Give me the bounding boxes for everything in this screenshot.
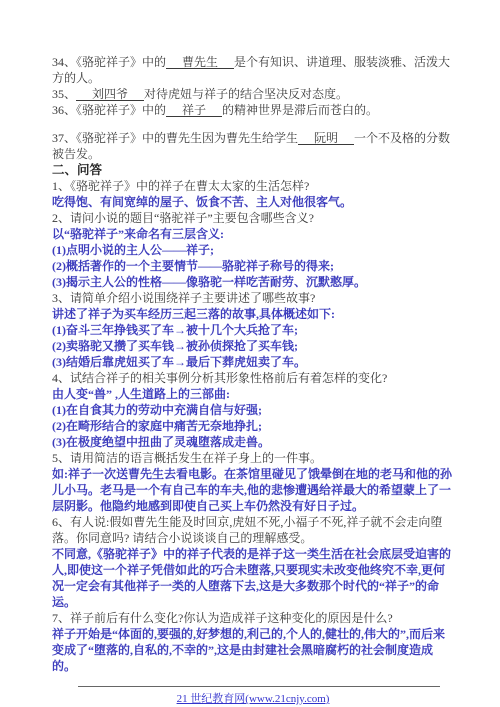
question-2: 2、请问小说的题目“骆驼祥子”主要包含哪些含义? bbox=[52, 210, 454, 226]
qa-item-3: 3、请简单介绍小说围绕祥子主要讲述了哪些故事? 讲述了祥子为买车经历三起三落的故… bbox=[52, 290, 454, 370]
answer-5: 如:祥子一次送曹先生去看电影。在茶馆里碰见了饿晕倒在地的老马和他的孙儿小马。老马… bbox=[52, 466, 454, 514]
answer-7: 祥子开始是“体面的,要强的,好梦想的,利己的,个人的,健壮的,伟大的”,而后来变… bbox=[52, 626, 454, 674]
fill-question-37-prefix: 37、《骆驼祥子》中的曹先生因为曹先生给学生 bbox=[52, 131, 298, 145]
answer-2-line-2: (1)点明小说的主人公——祥子; bbox=[52, 242, 454, 258]
answer-4-line-4: (3)在极度绝望中扭曲了灵魂堕落成走兽。 bbox=[52, 434, 454, 450]
fill-in-section: 34、《骆驼祥子》中的曹先生是个有知识、讲道理、服装淡雅、活泼大方的人。 35、… bbox=[52, 54, 454, 162]
fill-blank-37: 阮明 bbox=[298, 132, 354, 145]
answer-4-line-2: (1)在自食其力的劳动中充满自信与好强; bbox=[52, 402, 454, 418]
answer-3-line-2: (1)奋斗三年挣钱买了车→被十几个大兵抢了车; bbox=[52, 322, 454, 338]
fill-blank-36-answer: 祥子 bbox=[182, 103, 206, 117]
qa-section: 1、《骆驼祥子》中的祥子在曹太太家的生活怎样? 吃得饱、有间宽绰的屋子、饭食不苦… bbox=[52, 178, 454, 674]
fill-blank-35-answer: 刘四爷 bbox=[92, 87, 128, 101]
qa-item-2: 2、请问小说的题目“骆驼祥子”主要包含哪些含义? 以“骆驼祥子”来命名有三层含义… bbox=[52, 210, 454, 290]
answer-2-line-4: (3)揭示主人公的性格——像骆驼一样吃苦耐劳、沉默憨厚。 bbox=[52, 274, 454, 290]
answer-2-line-1: 以“骆驼祥子”来命名有三层含义: bbox=[52, 226, 454, 242]
question-4: 4、试结合祥子的相关事例分析其形象性格前后有着怎样的变化? bbox=[52, 370, 454, 386]
fill-blank-35: 刘四爷 bbox=[76, 88, 144, 101]
question-7: 7、祥子前后有什么变化?你认为造成祥子这种变化的原因是什么? bbox=[52, 610, 454, 626]
answer-6: 不同意,《骆驼祥子》中的祥子代表的是祥子这一类生活在社会底层受迫害的人,即使这一… bbox=[52, 546, 454, 610]
fill-blank-34-answer: 曹先生 bbox=[182, 55, 218, 69]
section-header-qa: 二、问答 bbox=[52, 162, 454, 178]
fill-question-37: 37、《骆驼祥子》中的曹先生因为曹先生给学生阮明一个不及格的分数被告发。 bbox=[52, 130, 454, 162]
answer-2-line-3: (2)概括著作的一个主要情节——骆驼祥子称号的得来; bbox=[52, 258, 454, 274]
footer-link[interactable]: 21 世纪教育网(www.21cnjy.com) bbox=[52, 691, 454, 707]
qa-item-7: 7、祥子前后有什么变化?你认为造成祥子这种变化的原因是什么? 祥子开始是“体面的… bbox=[52, 610, 454, 674]
qa-item-4: 4、试结合祥子的相关事例分析其形象性格前后有着怎样的变化? 由人变“兽” ,人生… bbox=[52, 370, 454, 450]
fill-question-35-prefix: 35、 bbox=[52, 87, 76, 101]
fill-question-36-suffix: 的精神世界是滞后而苍白的。 bbox=[222, 103, 378, 117]
question-5: 5、请用简洁的语言概括发生在祥子身上的一件事。 bbox=[52, 450, 454, 466]
document-page: 34、《骆驼祥子》中的曹先生是个有知识、讲道理、服装淡雅、活泼大方的人。 35、… bbox=[0, 0, 500, 707]
qa-item-1: 1、《骆驼祥子》中的祥子在曹太太家的生活怎样? 吃得饱、有间宽绰的屋子、饭食不苦… bbox=[52, 178, 454, 210]
answer-4-line-1: 由人变“兽” ,人生道路上的三部曲: bbox=[52, 386, 454, 402]
answer-1: 吃得饱、有间宽绰的屋子、饭食不苦、主人对他很客气。 bbox=[52, 194, 454, 210]
answer-3-line-1: 讲述了祥子为买车经历三起三落的故事,具体概述如下: bbox=[52, 306, 454, 322]
fill-question-34: 34、《骆驼祥子》中的曹先生是个有知识、讲道理、服装淡雅、活泼大方的人。 bbox=[52, 54, 454, 86]
qa-item-5: 5、请用简洁的语言概括发生在祥子身上的一件事。 如:祥子一次送曹先生去看电影。在… bbox=[52, 450, 454, 514]
question-1: 1、《骆驼祥子》中的祥子在曹太太家的生活怎样? bbox=[52, 178, 454, 194]
fill-question-34-prefix: 34、《骆驼祥子》中的 bbox=[52, 55, 166, 69]
question-3: 3、请简单介绍小说围绕祥子主要讲述了哪些故事? bbox=[52, 290, 454, 306]
answer-3-line-3: (2)卖骆驼又攒了买车钱→被孙侦探抢了买车钱; bbox=[52, 338, 454, 354]
fill-question-36: 36、《骆驼祥子》中的祥子的精神世界是滞后而苍白的。 bbox=[52, 102, 454, 118]
fill-question-36-prefix: 36、《骆驼祥子》中的 bbox=[52, 103, 166, 117]
question-6: 6、有人说:假如曹先生能及时回京,虎妞不死,小福子不死,祥子就不会走向堕落。你同… bbox=[52, 514, 454, 546]
fill-question-35-suffix: 对待虎妞与祥子的结合坚决反对态度。 bbox=[144, 87, 348, 101]
fill-question-35: 35、刘四爷对待虎妞与祥子的结合坚决反对态度。 bbox=[52, 86, 454, 102]
answer-3-line-4: (3)结婚后靠虎妞买了车→最后下葬虎妞卖了车。 bbox=[52, 354, 454, 370]
qa-item-6: 6、有人说:假如曹先生能及时回京,虎妞不死,小福子不死,祥子就不会走向堕落。你同… bbox=[52, 514, 454, 610]
fill-blank-36: 祥子 bbox=[166, 104, 222, 117]
fill-blank-34: 曹先生 bbox=[166, 56, 234, 69]
answer-4-line-3: (2)在畸形结合的家庭中痛苦无奈地挣扎; bbox=[52, 418, 454, 434]
footer-divider bbox=[78, 686, 440, 687]
fill-blank-37-answer: 阮明 bbox=[314, 131, 338, 145]
page-footer: 21 世纪教育网(www.21cnjy.com) bbox=[52, 686, 454, 707]
